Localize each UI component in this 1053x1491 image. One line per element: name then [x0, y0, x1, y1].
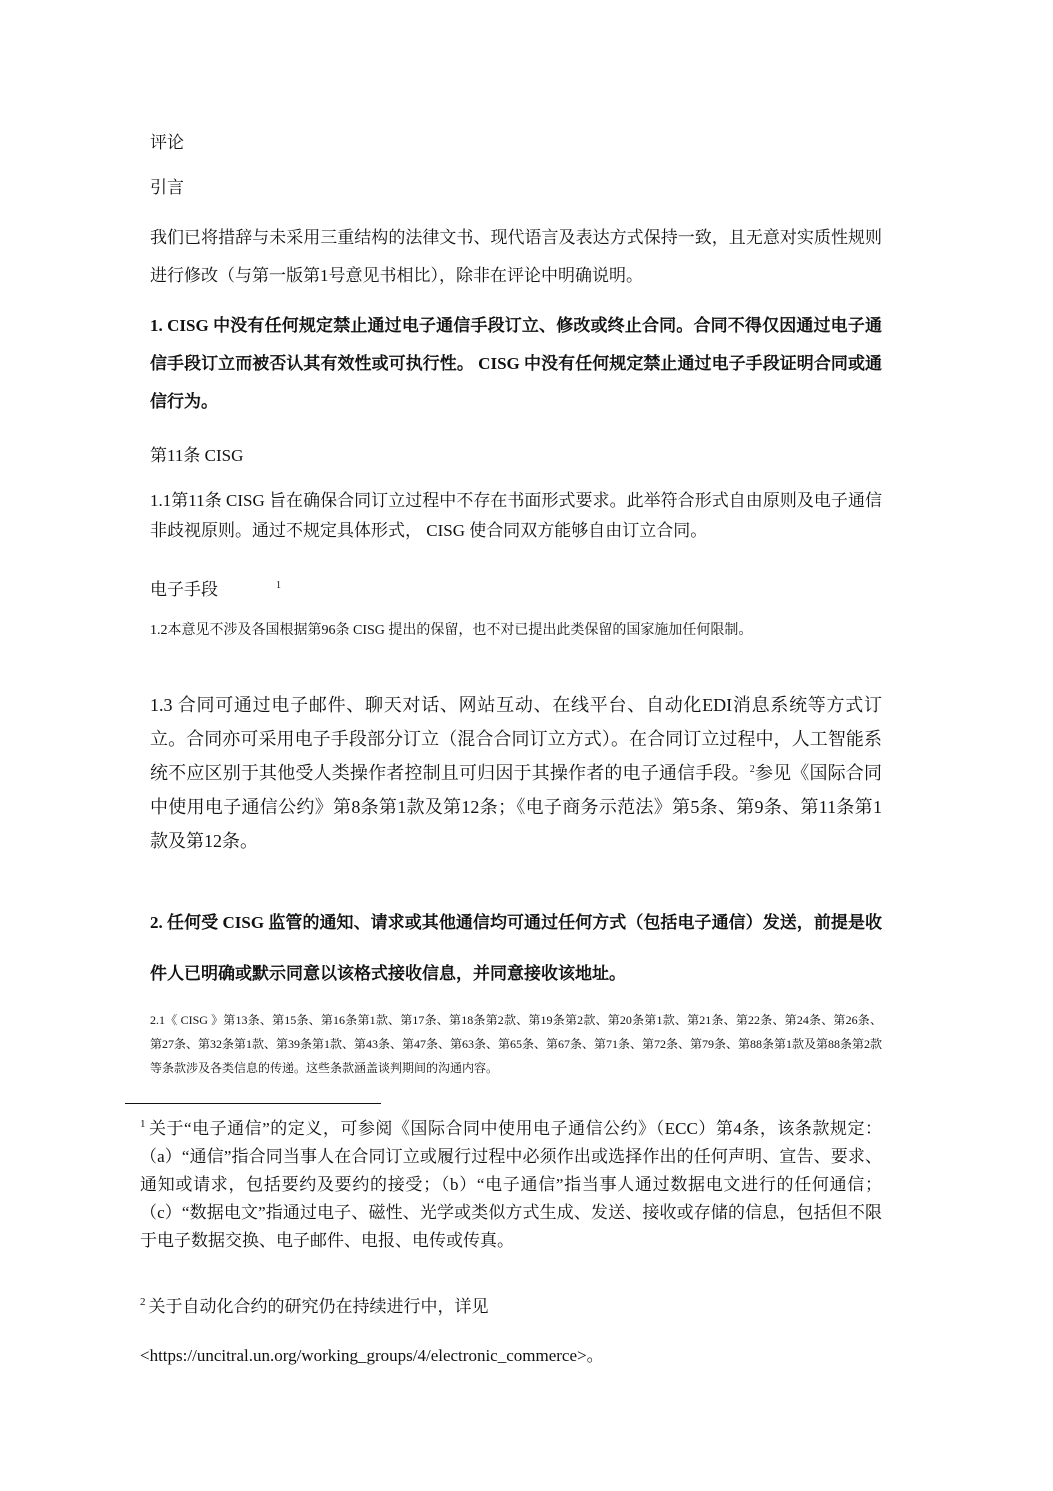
footnote-separator: [125, 1103, 381, 1104]
rule-2-statement: 2. 任何受 CISG 监管的通知、请求或其他通信均可通过任何方式（包括电子通信…: [150, 897, 882, 999]
paragraph-1-2: 1.2本意见不涉及各国根据第96条 CISG 提出的保留，也不对已提出此类保留的…: [150, 619, 882, 643]
footnote-2-text: 关于自动化合约的研究仍在持续进行中，详见: [149, 1297, 489, 1316]
footnote-1-text: 关于“电子通信”的定义，可参阅《国际合同中使用电子通信公约》（ECC）第4条，该…: [140, 1119, 882, 1250]
electronic-means-label: 电子手段: [150, 580, 218, 599]
footnote-2-url[interactable]: <https://uncitral.un.org/working_groups/…: [140, 1341, 604, 1366]
paragraph-1-1: 1.1第11条 CISG 旨在确保合同订立过程中不存在书面形式要求。此举符合形式…: [150, 486, 882, 546]
heading-intro: 引言: [150, 173, 184, 198]
rule-1-statement: 1. CISG 中没有任何规定禁止通过电子通信手段订立、修改或终止合同。合同不得…: [150, 307, 882, 421]
electronic-means-heading: 电子手段1: [150, 575, 281, 600]
footnote-2: 2关于自动化合约的研究仍在持续进行中，详见: [140, 1293, 882, 1321]
footnote-ref-1[interactable]: 1: [276, 580, 281, 591]
footnote-1: 1关于“电子通信”的定义，可参阅《国际合同中使用电子通信公约》（ECC）第4条，…: [140, 1115, 882, 1255]
footnote-1-number: 1: [140, 1118, 146, 1130]
document-page: 评论 引言 我们已将措辞与未采用三重结构的法律文书、现代语言及表达方式保持一致，…: [0, 0, 1053, 1491]
heading-comment: 评论: [150, 128, 184, 153]
article-11-heading: 第11条 CISG: [150, 441, 243, 466]
paragraph-2-1: 2.1《 CISG 》第13条、第15条、第16条第1款、第17条、第18条第2…: [150, 1008, 882, 1080]
intro-paragraph: 我们已将措辞与未采用三重结构的法律文书、现代语言及表达方式保持一致，且无意对实质…: [150, 219, 882, 295]
paragraph-1-3: 1.3 合同可通过电子邮件、聊天对话、网站互动、在线平台、自动化EDI消息系统等…: [150, 688, 882, 858]
footnote-2-number: 2: [140, 1296, 146, 1308]
